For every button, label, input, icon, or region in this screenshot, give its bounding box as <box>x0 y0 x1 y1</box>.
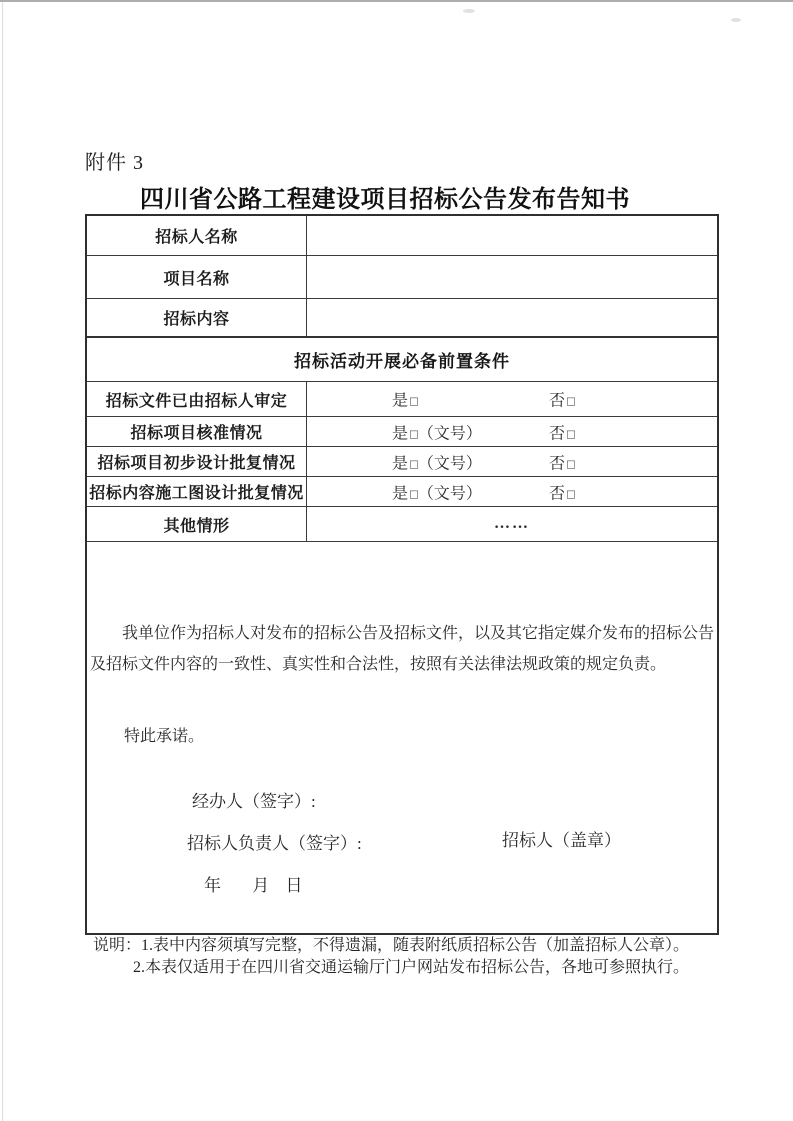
condition-label: 招标项目核准情况 <box>87 417 307 446</box>
table-row-condition: 招标文件已由招标人审定 是□ 否□ <box>87 382 717 417</box>
yes-option: 是□（文号） <box>392 480 482 503</box>
ellipsis-placeholder: …… <box>307 515 717 533</box>
date-day-label: 日 <box>286 876 303 895</box>
bidder-name-label: 招标人名称 <box>87 216 307 255</box>
condition-label: 招标项目初步设计批复情况 <box>87 447 307 476</box>
date-line: 年 月 日 <box>87 870 717 901</box>
pledge-paragraph: 我单位作为招标人对发布的招标公告及招标文件，以及其它指定媒介发布的招标公告及招标… <box>87 542 717 680</box>
table-row-project-name: 项目名称 <box>87 256 717 299</box>
condition-value: 是□ 否□ <box>307 382 717 416</box>
bidder-name-field <box>307 216 717 255</box>
scan-left-edge <box>2 2 3 1121</box>
table-row-other-cases: 其他情形 …… <box>87 507 717 542</box>
section-header-text: 招标活动开展必备前置条件 <box>294 347 510 372</box>
table-row-bid-content: 招标内容 <box>87 299 717 338</box>
attachment-label: 附件 3 <box>85 146 144 175</box>
no-option: 否□ <box>549 450 575 473</box>
checkbox-icon: □ <box>410 486 418 502</box>
notice-form-table: 招标人名称 项目名称 招标内容 招标活动开展必备前置条件 招标文件已由招标人审定… <box>85 214 719 935</box>
other-cases-label: 其他情形 <box>87 507 307 541</box>
note-line: 说明：1.表中内容须填写完整，不得遗漏，随表附纸质招标公告（加盖招标人公章）。 <box>93 935 733 957</box>
promise-line: 特此承诺。 <box>87 721 717 752</box>
condition-label: 招标文件已由招标人审定 <box>87 382 307 416</box>
project-name-field <box>307 256 717 298</box>
pledge-cell: 我单位作为招标人对发布的招标公告及招标文件，以及其它指定媒介发布的招标公告及招标… <box>87 542 717 933</box>
other-cases-value: …… <box>307 507 717 541</box>
leader-signature-label: 招标人负责人（签字）: <box>187 834 362 853</box>
bidder-seal-label: 招标人（盖章） <box>502 825 621 856</box>
table-row-condition: 招标项目初步设计批复情况 是□（文号） 否□ <box>87 447 717 477</box>
handler-signature-line: 经办人（签字）: <box>87 786 717 817</box>
note-item-2: 2.本表仅适用于在四川省交通运输厅门户网站发布招标公告，各地可参照执行。 <box>133 957 733 979</box>
no-option: 否□ <box>549 420 575 443</box>
checkbox-icon: □ <box>567 456 575 472</box>
table-row-condition: 招标项目核准情况 是□（文号） 否□ <box>87 417 717 447</box>
checkbox-icon: □ <box>410 394 418 410</box>
leader-signature-line: 招标人负责人（签字）: 招标人（盖章） <box>87 828 717 859</box>
yes-option: 是□ <box>392 388 418 411</box>
date-month-label: 月 <box>252 876 269 895</box>
no-option: 否□ <box>549 480 575 503</box>
checkbox-icon: □ <box>567 486 575 502</box>
scanned-document-page: { "page": { "attachment_label": "附件 3", … <box>0 0 793 1121</box>
condition-value: 是□（文号） 否□ <box>307 477 717 506</box>
page-title: 四川省公路工程建设项目招标公告发布告知书 <box>60 179 710 214</box>
checkbox-icon: □ <box>410 456 418 472</box>
scan-smudge <box>731 18 741 22</box>
table-row-condition: 招标内容施工图设计批复情况 是□（文号） 否□ <box>87 477 717 507</box>
project-name-label: 项目名称 <box>87 256 307 298</box>
note-item-1: 1.表中内容须填写完整，不得遗漏，随表附纸质招标公告（加盖招标人公章）。 <box>141 937 689 954</box>
section-header-row: 招标活动开展必备前置条件 <box>87 338 717 382</box>
yes-option: 是□（文号） <box>392 420 482 443</box>
condition-value: 是□（文号） 否□ <box>307 447 717 476</box>
date-year-label: 年 <box>204 876 221 895</box>
bid-content-label: 招标内容 <box>87 299 307 336</box>
scan-smudge <box>463 9 475 13</box>
condition-value: 是□（文号） 否□ <box>307 417 717 446</box>
condition-label: 招标内容施工图设计批复情况 <box>87 477 307 506</box>
bid-content-field <box>307 299 717 336</box>
checkbox-icon: □ <box>567 394 575 410</box>
scan-top-edge <box>0 0 793 2</box>
no-option: 否□ <box>549 388 575 411</box>
yes-option: 是□（文号） <box>392 450 482 473</box>
table-row-bidder-name: 招标人名称 <box>87 216 717 256</box>
checkbox-icon: □ <box>567 426 575 442</box>
checkbox-icon: □ <box>410 426 418 442</box>
footer-notes: 说明：1.表中内容须填写完整，不得遗漏，随表附纸质招标公告（加盖招标人公章）。 … <box>93 935 733 979</box>
notes-prefix: 说明： <box>93 937 141 954</box>
